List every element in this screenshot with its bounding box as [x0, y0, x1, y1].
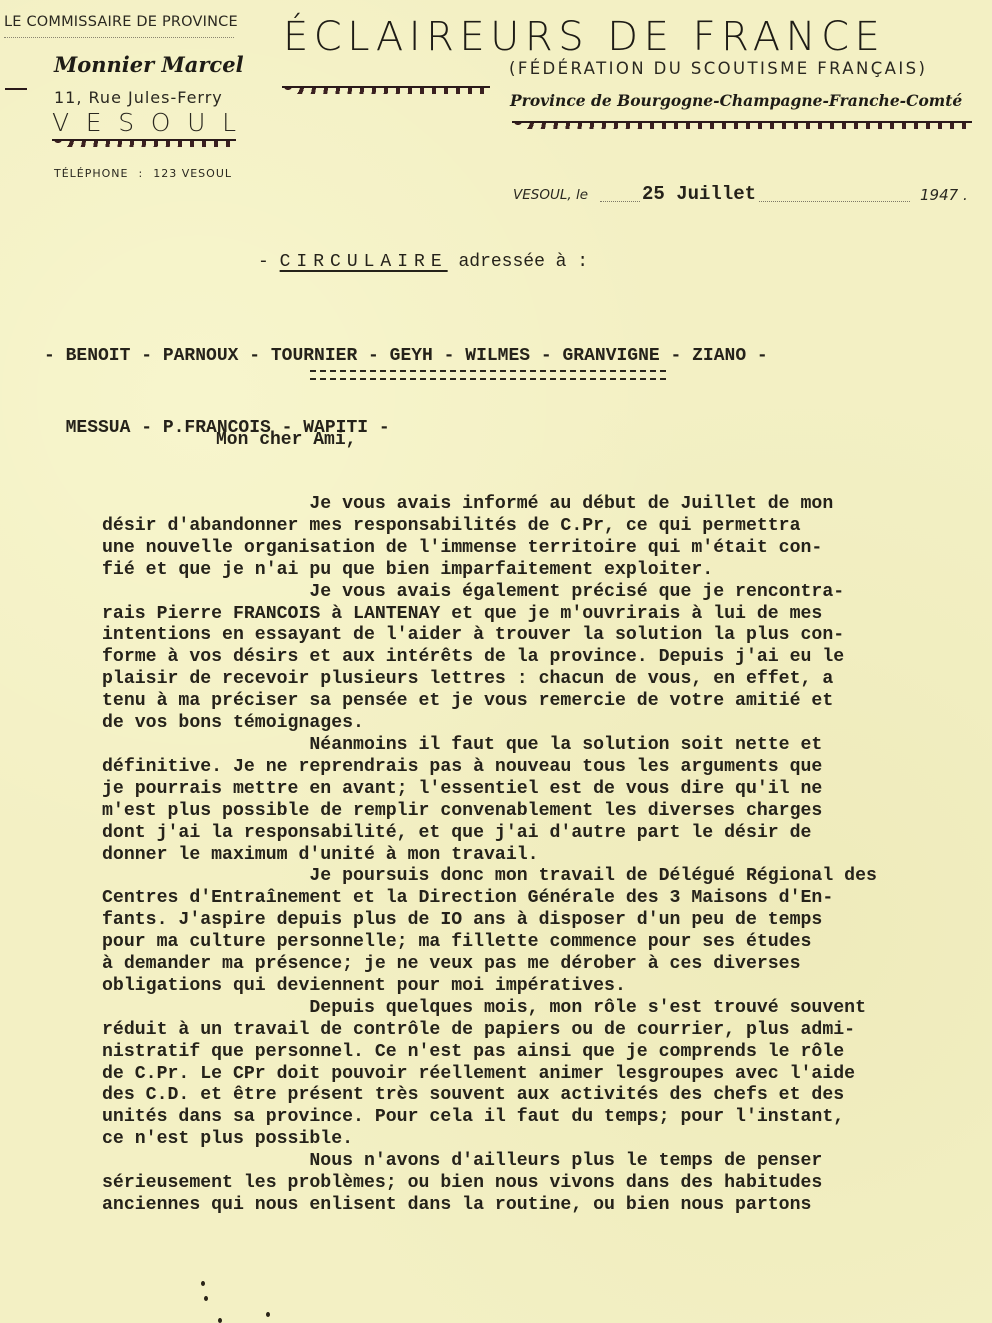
circular-title: CIRCULAIRE	[280, 252, 448, 272]
body-line: Nous n'avons d'ailleurs plus le temps de…	[102, 1151, 982, 1173]
body-line: ce n'est plus possible.	[102, 1129, 982, 1151]
city-letter: S	[118, 108, 134, 137]
body-line: Je poursuis donc mon travail de Délégué …	[102, 866, 982, 888]
date-day-month: 25 Juillet	[640, 183, 758, 205]
body-line: des C.D. et être présent très souvent au…	[102, 1085, 982, 1107]
sender-city: V E S O U L	[52, 108, 236, 137]
province-name: Province de Bourgogne-Champagne-Franche-…	[510, 91, 962, 110]
date-year: 1947 .	[918, 186, 970, 204]
city-letter: E	[86, 108, 102, 137]
body-line: forme à vos désirs et aux intérêts de la…	[102, 647, 982, 669]
typed-separator	[310, 370, 666, 380]
body-line: de C.Pr. Le CPr doit pouvoir réellement …	[102, 1064, 982, 1086]
city-letter: L	[222, 108, 236, 137]
punch-hole-mark	[204, 1296, 208, 1301]
body-line: Néanmoins il faut que la solution soit n…	[102, 735, 982, 757]
body-line: pour ma culture personnelle; ma fillette…	[102, 932, 982, 954]
body-line: unités dans sa province. Pour cela il fa…	[102, 1107, 982, 1129]
phone-separator: :	[139, 167, 144, 180]
decorative-rule	[282, 86, 490, 94]
date-prefix: VESOUL, le	[513, 187, 588, 203]
body-line: obligations qui deviennent pour moi impé…	[102, 976, 982, 998]
body-line: donner le maximum d'unité à mon travail.	[102, 845, 982, 867]
body-line: une nouvelle organisation de l'immense t…	[102, 538, 982, 560]
body-line: plaisir de recevoir plusieurs lettres : …	[102, 669, 982, 691]
body-line: dont j'ai la responsabilité, et que j'ai…	[102, 823, 982, 845]
body-line: tenu à ma préciser sa pensée et je vous …	[102, 691, 982, 713]
decorative-rule	[52, 139, 236, 147]
city-letter: O	[151, 108, 171, 137]
punch-hole-mark	[266, 1312, 270, 1317]
body-line: définitive. Je ne reprendrais pas à nouv…	[102, 757, 982, 779]
phone-value: 123 VESOUL	[153, 167, 232, 180]
city-letter: V	[52, 108, 69, 137]
body-line: nistratif que personnel. Ce n'est pas ai…	[102, 1042, 982, 1064]
sender-street: 11, Rue Jules-Ferry	[54, 88, 223, 107]
recipients-line: - BENOIT - PARNOUX - TOURNIER - GEYH - W…	[44, 344, 944, 368]
sender-phone: TÉLÉPHONE:123 VESOUL	[54, 167, 232, 180]
body-line: Depuis quelques mois, mon rôle s'est tro…	[102, 998, 982, 1020]
body-line: je pourrais mettre en avant; l'essentiel…	[102, 779, 982, 801]
body-line: fants. J'aspire depuis plus de IO ans à …	[102, 910, 982, 932]
body-line: désir d'abandonner mes responsabilités d…	[102, 516, 982, 538]
body-line: à demander ma présence; je ne veux pas m…	[102, 954, 982, 976]
sender-name: Monnier Marcel	[54, 52, 244, 77]
body-line: réduit à un travail de contrôle de papie…	[102, 1020, 982, 1042]
decorative-rule	[512, 121, 972, 129]
commissioner-title: LE COMMISSAIRE DE PROVINCE	[4, 14, 238, 30]
body-line: Je vous avais informé au début de Juille…	[102, 494, 982, 516]
body-line: m'est plus possible de remplir convenabl…	[102, 801, 982, 823]
body-line: anciennes qui nous enlisent dans la rout…	[102, 1195, 982, 1217]
federation-subtitle: (FÉDÉRATION DU SCOUTISME FRANÇAIS)	[509, 59, 927, 78]
punch-hole-mark	[201, 1281, 205, 1286]
body-line: Je vous avais également précisé que je r…	[102, 582, 982, 604]
body-line: de vos bons témoignages.	[102, 713, 982, 735]
letter-body: Je vous avais informé au début de Juille…	[102, 494, 982, 1217]
body-line: fié et que je n'ai pu que bien imparfait…	[102, 560, 982, 582]
salutation: Mon cher Ami,	[216, 430, 356, 450]
organization-title: ÉCLAIREURS DE FRANCE	[283, 14, 973, 60]
punch-hole-mark	[218, 1318, 222, 1323]
margin-mark	[5, 88, 27, 94]
city-letter: U	[187, 108, 205, 137]
body-line: intentions en essayant de l'aider à trou…	[102, 625, 982, 647]
circular-heading: - CIRCULAIRE adressée à :	[258, 252, 588, 272]
recipients-line: MESSUA - P.FRANCOIS - WAPITI -	[44, 416, 944, 440]
body-line: sérieusement les problèmes; ou bien nous…	[102, 1173, 982, 1195]
title-dotted-rule	[4, 37, 234, 38]
phone-label: TÉLÉPHONE	[54, 167, 129, 180]
body-line: rais Pierre FRANCOIS à LANTENAY et que j…	[102, 604, 982, 626]
circular-addressed: adressée à :	[458, 252, 588, 272]
circular-dash: -	[258, 252, 269, 272]
body-line: Centres d'Entraînement et la Direction G…	[102, 888, 982, 910]
recipients-list: - BENOIT - PARNOUX - TOURNIER - GEYH - W…	[44, 296, 944, 464]
